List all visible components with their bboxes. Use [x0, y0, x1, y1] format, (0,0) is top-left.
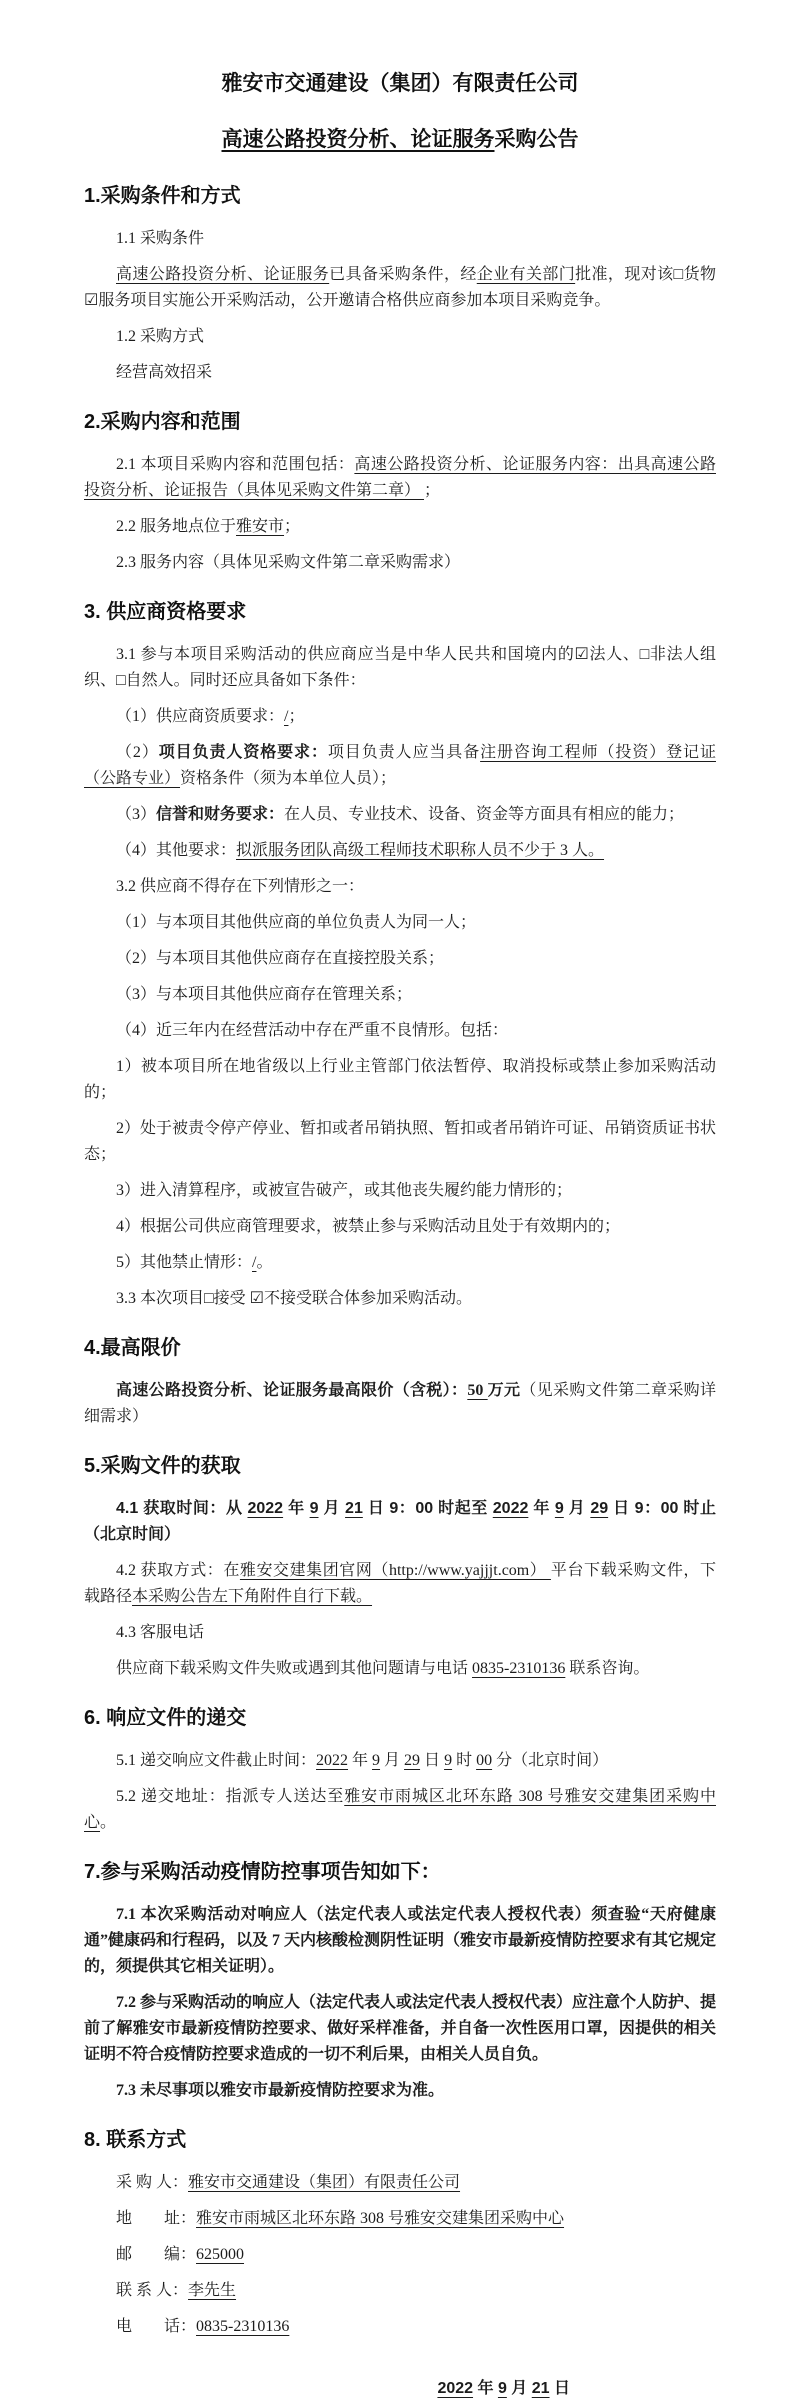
text-run: 2.1 本项目采购内容和范围包括：: [116, 456, 354, 473]
text-run: 年: [283, 1500, 310, 1517]
text-run: 2.2 服务地点位于: [116, 518, 236, 535]
text-run: 1.2 采购方式: [116, 328, 204, 345]
paragraph: （3）信誉和财务要求：在人员、专业技术、设备、资金等方面具有相应的能力；: [84, 802, 716, 828]
paragraph: 7.1 本次采购活动对响应人（法定代表人或法定代表人授权代表）须查验“天府健康通…: [84, 1902, 716, 1980]
text-run: 3）进入清算程序，或被宣告破产，或其他丧失履约能力情形的；: [116, 1182, 572, 1199]
text-run: 7.1 本次采购活动对响应人（法定代表人或法定代表人授权代表）须查验“天府健康通…: [84, 1906, 716, 1975]
text-run: （2）: [116, 744, 159, 761]
text-run: （4）其他要求：: [116, 842, 236, 859]
underlined-text: 李先生: [188, 2282, 236, 2299]
text-run: 4.最高限价: [84, 1337, 181, 1359]
paragraph: 4.1 获取时间：从 2022 年 9 月 21 日 9：00 时起至 2022…: [84, 1496, 716, 1548]
text-run: 日: [550, 2380, 570, 2397]
text-run: 采 购 人：: [116, 2174, 188, 2191]
text-run: 。: [100, 1814, 116, 1831]
text-run: 项目负责人应当具备: [328, 744, 480, 761]
text-run: 月: [380, 1752, 404, 1769]
underlined-text: 9: [310, 1500, 319, 1517]
underlined-text: 雅安市雨城区北环东路 308 号雅安交建集团采购中心: [196, 2210, 564, 2227]
paragraph: （1）供应商资质要求：/；: [84, 704, 716, 730]
text-run: 2）处于被责令停产停业、暂扣或者吊销执照、暂扣或者吊销许可证、吊销资质证书状态；: [84, 1120, 716, 1163]
underlined-text: 2022: [247, 1500, 283, 1517]
section-heading: 5.采购文件的获取: [84, 1452, 716, 1480]
underlined-text: 企业有关部门: [477, 266, 575, 283]
paragraph: （4）其他要求：拟派服务团队高级工程师技术职称人员不少于 3 人。: [84, 838, 716, 864]
text-run: 1.1 采购条件: [116, 230, 204, 247]
text-run: 采购公告: [495, 128, 579, 151]
underlined-text: 9: [444, 1752, 452, 1769]
text-run: 7.2 参与采购活动的响应人（法定代表人或法定代表人授权代表）应注意个人防护、提…: [84, 1994, 716, 2063]
text-run: （3）与本项目其他供应商存在管理关系；: [116, 986, 412, 1003]
underlined-text: 50: [467, 1382, 487, 1399]
text-run: （1）供应商资质要求：: [116, 708, 284, 725]
paragraph: 1.1 采购条件: [84, 226, 716, 252]
paragraph: 高速公路投资分析、论证服务最高限价（含税）：50 万元（见采购文件第二章采购详细…: [84, 1378, 716, 1430]
text-run: （1）与本项目其他供应商的单位负责人为同一人；: [116, 914, 476, 931]
text-run: 7.3 未尽事项以雅安市最新疫情防控要求为准。: [116, 2082, 444, 2099]
text-run: 资格条件（须为本单位人员）；: [180, 770, 396, 787]
text-run: 雅安市交通建设（集团）有限责任公司: [222, 72, 579, 95]
underlined-text: 625000: [196, 2246, 244, 2263]
paragraph: 3）进入清算程序，或被宣告破产，或其他丧失履约能力情形的；: [84, 1178, 716, 1204]
paragraph: 5）其他禁止情形：/。: [84, 1250, 716, 1276]
paragraph: （1）与本项目其他供应商的单位负责人为同一人；: [84, 910, 716, 936]
paragraph: 采 购 人：雅安市交通建设（集团）有限责任公司: [84, 2170, 716, 2196]
text-run: 6. 响应文件的递交: [84, 1707, 246, 1729]
underlined-text: 9: [498, 2380, 507, 2397]
text-run: 信誉和财务要求：: [156, 806, 284, 823]
paragraph: （3）与本项目其他供应商存在管理关系；: [84, 982, 716, 1008]
text-run: 3.3 本次项目□接受 ☑不接受联合体参加采购活动。: [116, 1290, 472, 1307]
text-run: 5）其他禁止情形：: [116, 1254, 252, 1271]
text-run: 在人员、专业技术、设备、资金等方面具有相应的能力；: [284, 806, 684, 823]
text-run: 年: [528, 1500, 555, 1517]
text-run: 4.2 获取方式：在: [116, 1562, 240, 1579]
paragraph: 供应商下载采购文件失败或遇到其他问题请与电话 0835-2310136 联系咨询…: [84, 1656, 716, 1682]
text-run: 电 话：: [116, 2318, 196, 2335]
document-page: 雅安市交通建设（集团）有限责任公司高速公路投资分析、论证服务采购公告1.采购条件…: [0, 0, 800, 2402]
text-run: 年: [473, 2380, 498, 2397]
section-heading: 6. 响应文件的递交: [84, 1704, 716, 1732]
paragraph: 4.2 获取方式：在雅安交建集团官网（http://www.yajjjt.com…: [84, 1558, 716, 1610]
section-heading: 7.参与采购活动疫情防控事项告知如下：: [84, 1858, 716, 1886]
text-run: 月: [507, 2380, 532, 2397]
text-run: ；: [288, 708, 304, 725]
text-run: 月: [564, 1500, 591, 1517]
section-heading: 2.采购内容和范围: [84, 408, 716, 436]
paragraph: 邮 编：625000: [84, 2242, 716, 2268]
paragraph: 经营高效招采: [84, 360, 716, 386]
paragraph: 7.3 未尽事项以雅安市最新疫情防控要求为准。: [84, 2078, 716, 2104]
underlined-text: 9: [372, 1752, 380, 1769]
paragraph: 2.3 服务内容（具体见采购文件第二章采购需求）: [84, 550, 716, 576]
text-run: 4.3 客服电话: [116, 1624, 204, 1641]
text-run: 7.参与采购活动疫情防控事项告知如下：: [84, 1861, 441, 1883]
text-run: 项目负责人资格要求：: [159, 744, 328, 761]
underlined-text: 29: [590, 1500, 608, 1517]
section-heading: 3. 供应商资格要求: [84, 598, 716, 626]
underlined-text: 2022: [316, 1752, 348, 1769]
text-run: 。: [256, 1254, 272, 1271]
text-run: 联 系 人：: [116, 2282, 188, 2299]
text-run: 5.1 递交响应文件截止时间：: [116, 1752, 316, 1769]
text-run: 万元: [488, 1382, 521, 1399]
text-run: ；: [284, 518, 300, 535]
text-run: 地 址：: [116, 2210, 196, 2227]
text-run: （4）近三年内在经营活动中存在严重不良情形。包括：: [116, 1022, 508, 1039]
text-run: 高速公路投资分析、论证服务最高限价（含税）：: [116, 1382, 467, 1399]
paragraph: 1.2 采购方式: [84, 324, 716, 350]
underlined-text: 雅安市: [236, 518, 284, 535]
paragraph: 5.2 递交地址：指派专人送达至雅安市雨城区北环东路 308 号雅安交建集团采购…: [84, 1784, 716, 1836]
underlined-text: 高速公路投资分析、论证服务: [222, 128, 495, 151]
underlined-text: 雅安市交通建设（集团）有限责任公司: [188, 2174, 460, 2191]
text-run: 年: [348, 1752, 372, 1769]
underlined-text: 本采购公告左下角附件自行下载。: [132, 1588, 372, 1605]
text-run: 经营高效招采: [116, 364, 212, 381]
text-run: 5.采购文件的获取: [84, 1455, 241, 1477]
text-run: 已具备采购条件，经: [329, 266, 477, 283]
doc-title-line: 雅安市交通建设（集团）有限责任公司: [84, 70, 716, 98]
section-heading: 8. 联系方式: [84, 2126, 716, 2154]
paragraph: 1）被本项目所在地省级以上行业主管部门依法暂停、取消投标或禁止参加采购活动的；: [84, 1054, 716, 1106]
text-run: 2.采购内容和范围: [84, 411, 241, 433]
doc-title-line: 高速公路投资分析、论证服务采购公告: [84, 126, 716, 154]
underlined-text: 29: [404, 1752, 420, 1769]
text-run: 供应商下载采购文件失败或遇到其他问题请与电话: [116, 1660, 472, 1677]
underlined-text: 拟派服务团队高级工程师技术职称人员不少于 3 人。: [236, 842, 604, 859]
paragraph: （2）项目负责人资格要求：项目负责人应当具备注册咨询工程师（投资）登记证（公路专…: [84, 740, 716, 792]
text-run: 3.2 供应商不得存在下列情形之一：: [116, 878, 364, 895]
paragraph: 2.2 服务地点位于雅安市；: [84, 514, 716, 540]
document-body: 雅安市交通建设（集团）有限责任公司高速公路投资分析、论证服务采购公告1.采购条件…: [84, 70, 716, 2402]
paragraph: 4.3 客服电话: [84, 1620, 716, 1646]
underlined-text: 2022: [437, 2380, 473, 2397]
text-run: 联系咨询。: [565, 1660, 649, 1677]
text-run: 3.1 参与本项目采购活动的供应商应当是中华人民共和国境内的☑法人、□非法人组织…: [84, 646, 716, 689]
text-run: ；: [424, 482, 440, 499]
underlined-text: 9: [555, 1500, 564, 1517]
section-heading: 1.采购条件和方式: [84, 182, 716, 210]
underlined-text: 21: [532, 2380, 550, 2397]
text-run: 分（北京时间）: [492, 1752, 608, 1769]
paragraph: 电 话：0835-2310136: [84, 2314, 716, 2340]
underlined-text: 21: [345, 1500, 363, 1517]
paragraph: 3.1 参与本项目采购活动的供应商应当是中华人民共和国境内的☑法人、□非法人组织…: [84, 642, 716, 694]
text-run: 4）根据公司供应商管理要求，被禁止参与采购活动且处于有效期内的；: [116, 1218, 620, 1235]
text-run: 月: [319, 1500, 346, 1517]
underlined-text: 雅安交建集团官网（http://www.yajjjt.com）: [240, 1562, 551, 1579]
text-run: 1）被本项目所在地省级以上行业主管部门依法暂停、取消投标或禁止参加采购活动的；: [84, 1058, 716, 1101]
text-run: 时: [452, 1752, 476, 1769]
text-run: （3）: [116, 806, 156, 823]
text-run: 1.采购条件和方式: [84, 185, 241, 207]
underlined-text: 0835-2310136: [196, 2318, 289, 2335]
text-run: 8. 联系方式: [84, 2129, 186, 2151]
paragraph: 4）根据公司供应商管理要求，被禁止参与采购活动且处于有效期内的；: [84, 1214, 716, 1240]
text-run: 日 9：00 时起至: [363, 1500, 493, 1517]
text-run: 邮 编：: [116, 2246, 196, 2263]
underlined-text: 2022: [493, 1500, 529, 1517]
paragraph: 3.2 供应商不得存在下列情形之一：: [84, 874, 716, 900]
section-heading: 4.最高限价: [84, 1334, 716, 1362]
underlined-text: 00: [476, 1752, 492, 1769]
text-run: 5.2 递交地址：指派专人送达至: [116, 1788, 344, 1805]
text-run: 2.3 服务内容（具体见采购文件第二章采购需求）: [116, 554, 460, 571]
underlined-text: 高速公路投资分析、论证服务: [116, 266, 329, 283]
paragraph: （2）与本项目其他供应商存在直接控股关系；: [84, 946, 716, 972]
paragraph: 2）处于被责令停产停业、暂扣或者吊销执照、暂扣或者吊销许可证、吊销资质证书状态；: [84, 1116, 716, 1168]
paragraph: 3.3 本次项目□接受 ☑不接受联合体参加采购活动。: [84, 1286, 716, 1312]
underlined-text: 0835-2310136: [472, 1660, 565, 1677]
paragraph: 联 系 人：李先生: [84, 2278, 716, 2304]
text-run: （2）与本项目其他供应商存在直接控股关系；: [116, 950, 444, 967]
doc-date: 2022 年 9 月 21 日: [84, 2376, 716, 2402]
text-run: 4.1 获取时间：从: [116, 1500, 247, 1517]
text-run: 3. 供应商资格要求: [84, 601, 246, 623]
paragraph: 地 址：雅安市雨城区北环东路 308 号雅安交建集团采购中心: [84, 2206, 716, 2232]
paragraph: （4）近三年内在经营活动中存在严重不良情形。包括：: [84, 1018, 716, 1044]
paragraph: 7.2 参与采购活动的响应人（法定代表人或法定代表人授权代表）应注意个人防护、提…: [84, 1990, 716, 2068]
paragraph: 2.1 本项目采购内容和范围包括：高速公路投资分析、论证服务内容：出具高速公路投…: [84, 452, 716, 504]
paragraph: 高速公路投资分析、论证服务已具备采购条件，经企业有关部门批准，现对该□货物☑服务…: [84, 262, 716, 314]
paragraph: 5.1 递交响应文件截止时间：2022 年 9 月 29 日 9 时 00 分（…: [84, 1748, 716, 1774]
text-run: 日: [420, 1752, 444, 1769]
